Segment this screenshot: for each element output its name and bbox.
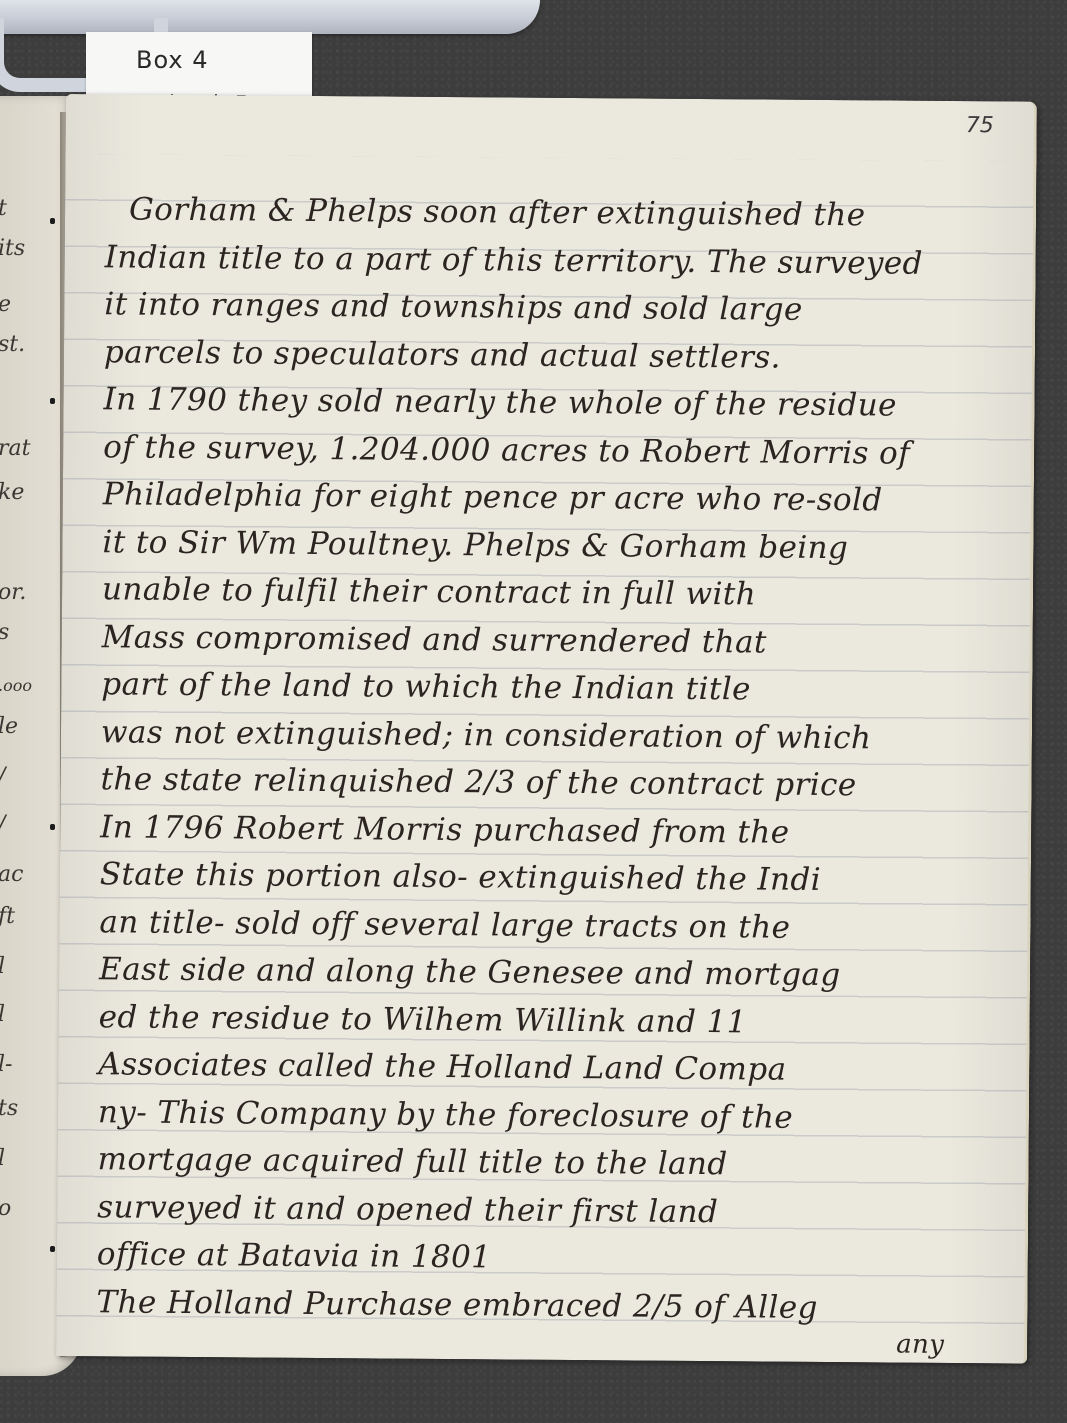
left-page-fragment: le [0,714,18,739]
text-line: was not extinguished; in consideration o… [101,709,1031,764]
left-page-fragment: / [0,812,5,837]
text-line: it to Sir Wm Poultney. Phelps & Gorham b… [102,519,1032,574]
binding-stitch [50,824,55,830]
text-line: of the survey, 1.204.000 acres to Robert… [103,424,1033,479]
text-line: any [96,1326,1026,1363]
left-page-fragment: l- [0,1052,12,1077]
text-line: Philadelphia for eight pence pr acre who… [103,471,1033,526]
left-page-fragment: st. [0,332,25,357]
notebook-page: 75 Gorham & Phelps soon after extinguish… [56,94,1037,1364]
text-line: mortgage acquired full title to the land [97,1136,1027,1191]
left-page-fragment: l [0,1146,5,1171]
left-page-fragment: ke [0,480,24,505]
binding-stitch [50,1246,55,1252]
text-line: Mass compromised and surrendered that [102,614,1032,669]
left-page-fragment: or. [0,580,26,605]
text-line: In 1790 they sold nearly the whole of th… [103,376,1033,431]
text-line: East side and along the Genesee and mort… [99,946,1029,1001]
left-page-fragment: s [0,620,9,645]
text-line: an title- sold off several large tracts … [99,899,1029,954]
text-line: In 1796 Robert Morris purchased from the [100,804,1030,859]
handwritten-text: Gorham & Phelps soon after extinguished … [96,186,1035,1363]
left-page-fragment: .ooo [0,676,32,695]
left-page-fragment: o [0,1196,11,1221]
text-line: ny- This Company by the foreclosure of t… [98,1089,1028,1144]
page-number: 75 [966,113,994,138]
text-line: the state relinquished 2/3 of the contra… [100,756,1030,811]
binding-stitch [50,218,55,224]
left-page-fragment: ts [0,1096,18,1121]
text-line: surveyed it and opened their first land [97,1184,1027,1239]
left-page-fragment: e [0,292,11,317]
text-line: parcels to speculators and actual settle… [104,329,1034,384]
left-page-fragment: ac [0,862,23,887]
left-page-fragment: l [0,1002,5,1027]
text-line: Gorham & Phelps soon after extinguished … [105,186,1035,241]
left-page-fragment: its [0,236,25,261]
text-line: unable to fulfil their contract in full … [102,566,1032,621]
text-line: Associates called the Holland Land Compa [98,1041,1028,1096]
text-line: ed the residue to Wilhem Willink and 11 [99,994,1029,1049]
text-line: part of the land to which the Indian tit… [101,661,1031,716]
text-line: The Holland Purchase embraced 2/5 of All… [96,1279,1026,1334]
left-page-fragment: / [0,764,5,789]
left-page-fragment: rat [0,436,30,461]
text-line: it into ranges and townships and sold la… [104,281,1034,336]
text-line: office at Batavia in 1801 [97,1231,1027,1286]
left-page-fragment: t [0,196,7,221]
binding-stitch [50,398,55,404]
left-page-fragment: l [0,954,5,979]
archive-label-box: Box 4 [136,46,209,74]
text-line: Indian title to a part of this territory… [105,234,1035,289]
text-line: State this portion also- extinguished th… [100,851,1030,906]
left-page-fragment: ft [0,904,15,929]
